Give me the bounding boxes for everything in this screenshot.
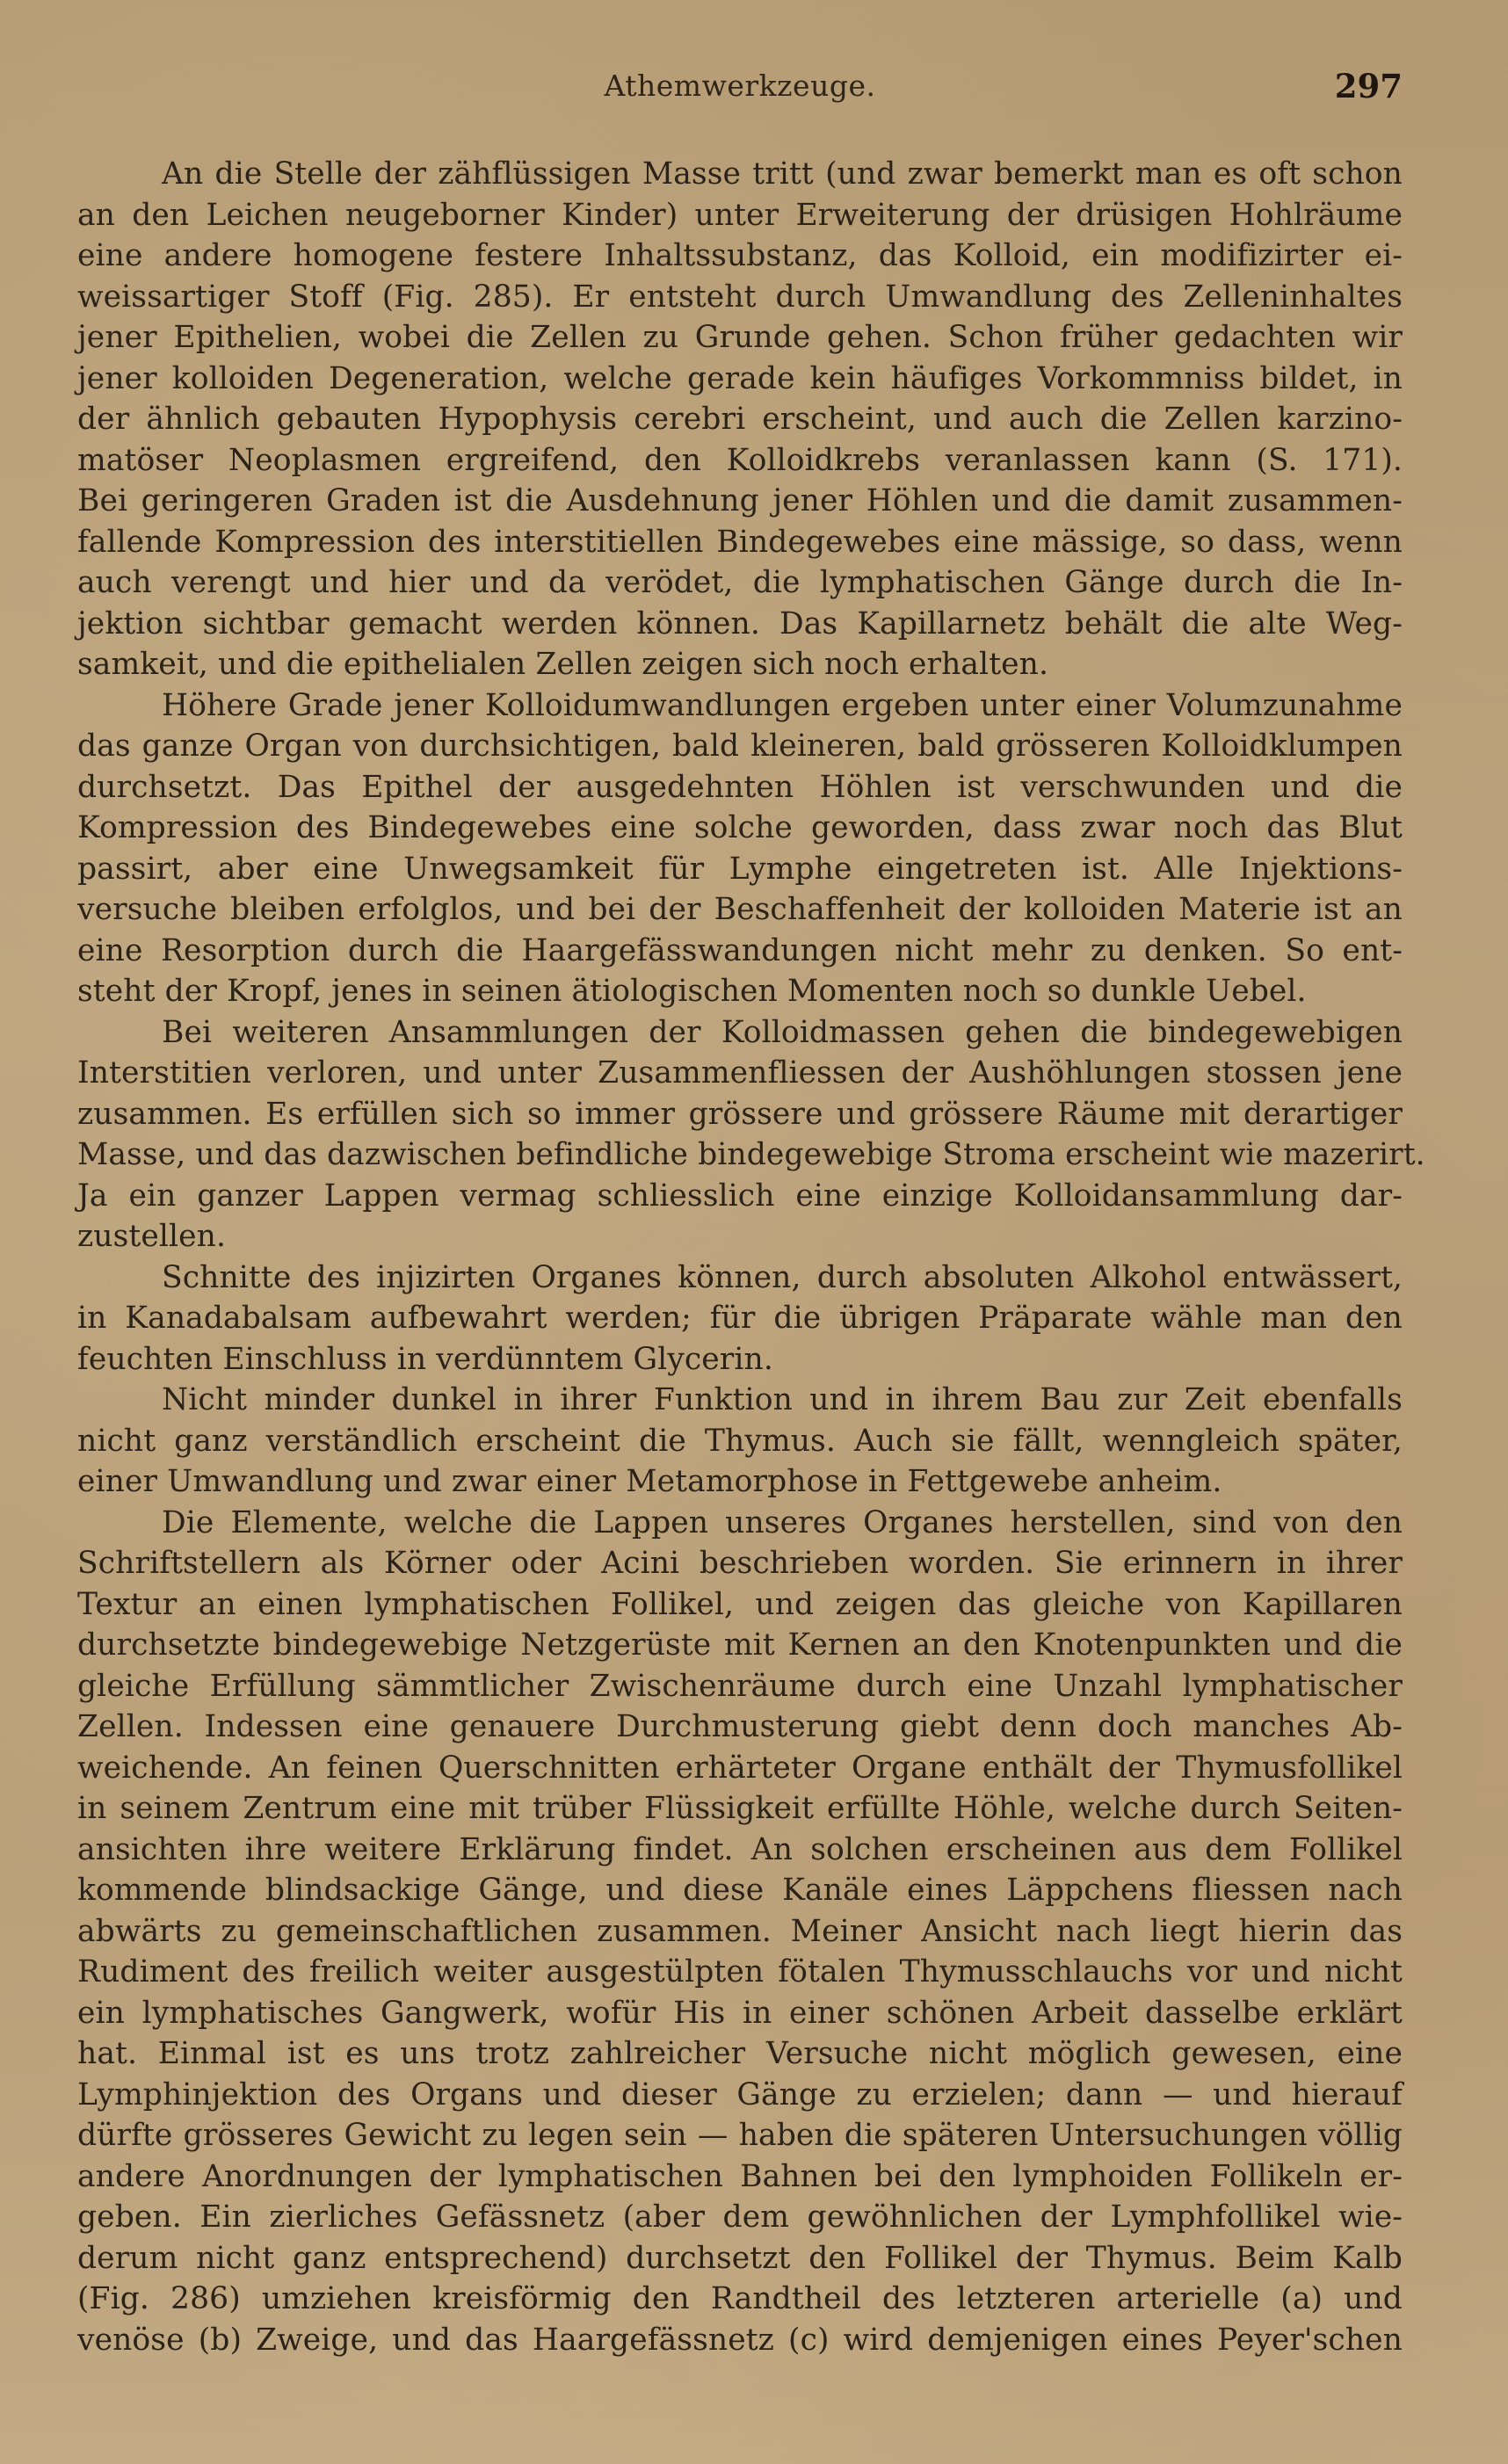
text-line: (Fig. 286) umziehen kreisförmig den Rand… — [77, 2279, 1403, 2320]
text-line: fallende Kompression des interstitiellen… — [77, 522, 1403, 563]
running-title: Athemwerkzeuge. — [77, 69, 1403, 103]
text-line: durchsetzt. Das Epithel der ausgedehnten… — [77, 767, 1403, 808]
text-line: der ähnlich gebauten Hypophysis cerebri … — [77, 399, 1403, 440]
text-line: venöse (b) Zweige, und das Haargefässnet… — [77, 2320, 1403, 2361]
text-line: Schnitte des injizirten Organes können, … — [77, 1257, 1403, 1299]
body-text: An die Stelle der zähflüssigen Masse tri… — [77, 154, 1403, 2360]
text-line: eine andere homogene festere Inhaltssubs… — [77, 236, 1403, 277]
text-line: steht der Kropf, jenes in seinen ätiolog… — [77, 971, 1403, 1012]
text-line: weissartiger Stoff (Fig. 285). Er entste… — [77, 277, 1403, 318]
text-line: Nicht minder dunkel in ihrer Funktion un… — [77, 1380, 1403, 1421]
text-line: Masse, und das dazwischen befindliche bi… — [77, 1134, 1403, 1176]
text-line: hat. Einmal ist es uns trotz zahlreicher… — [77, 2033, 1403, 2075]
text-line: in seinem Zentrum eine mit trüber Flüssi… — [77, 1788, 1403, 1830]
text-line: dürfte grösseres Gewicht zu legen sein —… — [77, 2115, 1403, 2156]
page-number: 297 — [1335, 67, 1403, 105]
text-line: durchsetzte bindegewebige Netzgerüste mi… — [77, 1625, 1403, 1666]
text-line: Bei weiteren Ansammlungen der Kolloidmas… — [77, 1012, 1403, 1054]
text-line: derum nicht ganz entsprechend) durchsetz… — [77, 2238, 1403, 2279]
text-line: Textur an einen lymphatischen Follikel, … — [77, 1584, 1403, 1626]
text-line: einer Umwandlung und zwar einer Metamorp… — [77, 1461, 1403, 1503]
text-line: zusammen. Es erfüllen sich so immer grös… — [77, 1094, 1403, 1135]
text-line: Lymphinjektion des Organs und dieser Gän… — [77, 2075, 1403, 2116]
text-line: jener Epithelien, wobei die Zellen zu Gr… — [77, 317, 1403, 359]
text-line: geben. Ein zierliches Gefässnetz (aber d… — [77, 2197, 1403, 2238]
text-line: Die Elemente, welche die Lappen unseres … — [77, 1503, 1403, 1544]
text-line: ein lymphatisches Gangwerk, wofür His in… — [77, 1993, 1403, 2034]
text-line: in Kanadabalsam aufbewahrt werden; für d… — [77, 1298, 1403, 1339]
text-line: versuche bleiben erfolglos, und bei der … — [77, 889, 1403, 931]
text-line: kommende blindsackige Gänge, und diese K… — [77, 1870, 1403, 1911]
text-line: andere Anordnungen der lymphatischen Bah… — [77, 2156, 1403, 2198]
running-head: Athemwerkzeuge. 297 — [77, 69, 1403, 112]
text-line: passirt, aber eine Unwegsamkeit für Lymp… — [77, 849, 1403, 890]
text-line: Bei geringeren Graden ist die Ausdehnung… — [77, 481, 1403, 522]
text-line: ansichten ihre weitere Erklärung findet.… — [77, 1830, 1403, 1871]
text-line: an den Leichen neugeborner Kinder) unter… — [77, 195, 1403, 236]
book-page: Athemwerkzeuge. 297 An die Stelle der zä… — [0, 0, 1508, 2464]
text-line: Kompression des Bindegewebes eine solche… — [77, 808, 1403, 849]
text-line: Zellen. Indessen eine genauere Durchmust… — [77, 1707, 1403, 1748]
text-line: jener kolloiden Degeneration, welche ger… — [77, 359, 1403, 400]
text-line: abwärts zu gemeinschaftlichen zusammen. … — [77, 1911, 1403, 1953]
text-line: Ja ein ganzer Lappen vermag schliesslich… — [77, 1176, 1403, 1217]
text-line: auch verengt und hier und da verödet, di… — [77, 562, 1403, 604]
text-line: An die Stelle der zähflüssigen Masse tri… — [77, 154, 1403, 195]
text-line: feuchten Einschluss in verdünntem Glycer… — [77, 1339, 1403, 1381]
text-line: jektion sichtbar gemacht werden können. … — [77, 604, 1403, 645]
text-line: matöser Neoplasmen ergreifend, den Kollo… — [77, 440, 1403, 482]
text-line: gleiche Erfüllung sämmtlicher Zwischenrä… — [77, 1666, 1403, 1707]
text-line: Interstitien verloren, und unter Zusamme… — [77, 1053, 1403, 1094]
text-line: eine Resorption durch die Haargefässwand… — [77, 931, 1403, 972]
text-line: weichende. An feinen Querschnitten erhär… — [77, 1748, 1403, 1789]
text-line: zustellen. — [77, 1216, 1403, 1257]
text-line: Rudiment des freilich weiter ausgestülpt… — [77, 1952, 1403, 1993]
text-line: samkeit, und die epithelialen Zellen zei… — [77, 644, 1403, 685]
text-line: Höhere Grade jener Kolloidumwandlungen e… — [77, 685, 1403, 727]
text-line: Schriftstellern als Körner oder Acini be… — [77, 1543, 1403, 1584]
text-line: nicht ganz verständlich erscheint die Th… — [77, 1421, 1403, 1462]
text-line: das ganze Organ von durchsichtigen, bald… — [77, 726, 1403, 767]
